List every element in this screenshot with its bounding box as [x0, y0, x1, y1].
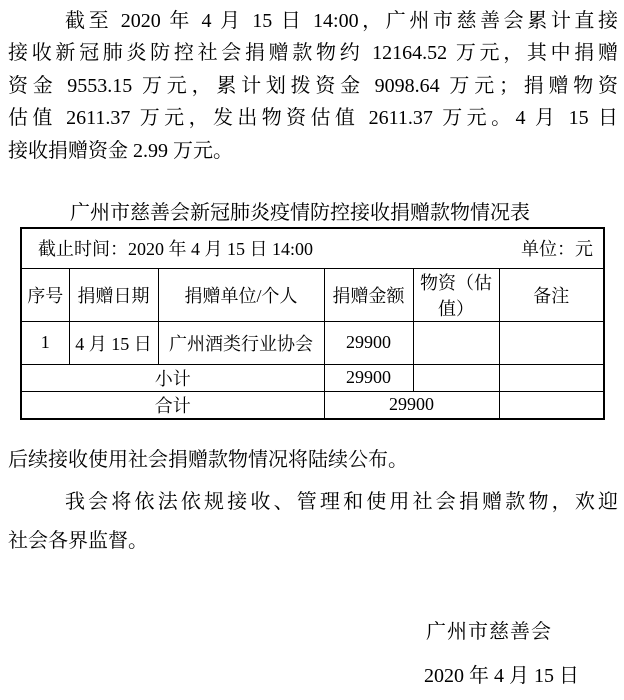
total-row: 合计 29900 [21, 391, 604, 419]
col-header-seq: 序号 [21, 268, 69, 321]
subtotal-note [499, 364, 604, 391]
intro-line-3: 资金 9553.15 万元，累计划拨资金 9098.64 万元；捐赠物资 [8, 70, 618, 102]
table-meta-row: 截止时间：2020 年 4 月 15 日 14:00 单位：元 [21, 228, 604, 268]
table-title: 广州市慈善会新冠肺炎疫情防控接收捐赠款物情况表 [0, 196, 600, 225]
subtotal-amount: 29900 [324, 364, 413, 391]
followup-paragraph: 后续接收使用社会捐赠款物情况将陆续公布。 [8, 446, 618, 474]
table-row: 1 4 月 15 日 广州酒类行业协会 29900 [21, 321, 604, 364]
col-header-goods: 物资（估值） [413, 268, 499, 321]
signature-date: 2020 年 4 月 15 日 [0, 659, 624, 688]
intro-line-2: 接收新冠肺炎防控社会捐赠款物约 12164.52 万元，其中捐赠 [8, 37, 618, 69]
cell-amount: 29900 [324, 321, 413, 364]
cell-date: 4 月 15 日 [69, 321, 158, 364]
col-header-note: 备注 [499, 268, 604, 321]
document-page: 截至 2020 年 4 月 15 日 14:00，广州市慈善会累计直接 接收新冠… [0, 0, 624, 700]
intro-paragraph: 截至 2020 年 4 月 15 日 14:00，广州市慈善会累计直接 接收新冠… [8, 5, 618, 167]
cell-note [499, 321, 604, 364]
table-header-row: 序号 捐赠日期 捐赠单位/个人 捐赠金额 物资（估值） 备注 [21, 268, 604, 321]
cell-goods [413, 321, 499, 364]
cell-seq: 1 [21, 321, 69, 364]
closing-line-1: 我会将依法依规接收、管理和使用社会捐赠款物，欢迎 [8, 483, 618, 522]
col-header-amount: 捐赠金额 [324, 268, 413, 321]
col-header-date: 捐赠日期 [69, 268, 158, 321]
total-amount: 29900 [324, 391, 499, 419]
unit-label: 单位：元 [521, 235, 593, 261]
closing-line-2: 社会各界监督。 [8, 522, 618, 561]
total-label: 合计 [21, 391, 324, 419]
intro-line-5: 接收捐赠资金 2.99 万元。 [8, 135, 618, 167]
signature-org: 广州市慈善会 [0, 615, 624, 644]
col-header-donor: 捐赠单位/个人 [158, 268, 324, 321]
cell-donor: 广州酒类行业协会 [158, 321, 324, 364]
subtotal-row: 小计 29900 [21, 364, 604, 391]
intro-line-1: 截至 2020 年 4 月 15 日 14:00，广州市慈善会累计直接 [8, 5, 618, 37]
subtotal-goods [413, 364, 499, 391]
donations-table: 截止时间：2020 年 4 月 15 日 14:00 单位：元 序号 捐赠日期 … [20, 227, 605, 420]
total-note [499, 391, 604, 419]
cutoff-time-label: 截止时间：2020 年 4 月 15 日 14:00 [38, 235, 313, 261]
subtotal-label: 小计 [21, 364, 324, 391]
intro-line-4: 估值 2611.37 万元，发出物资估值 2611.37 万元。4 月 15 日 [8, 102, 618, 134]
closing-paragraph: 我会将依法依规接收、管理和使用社会捐赠款物，欢迎 社会各界监督。 [8, 483, 618, 560]
table-meta-cell: 截止时间：2020 年 4 月 15 日 14:00 单位：元 [21, 228, 604, 268]
